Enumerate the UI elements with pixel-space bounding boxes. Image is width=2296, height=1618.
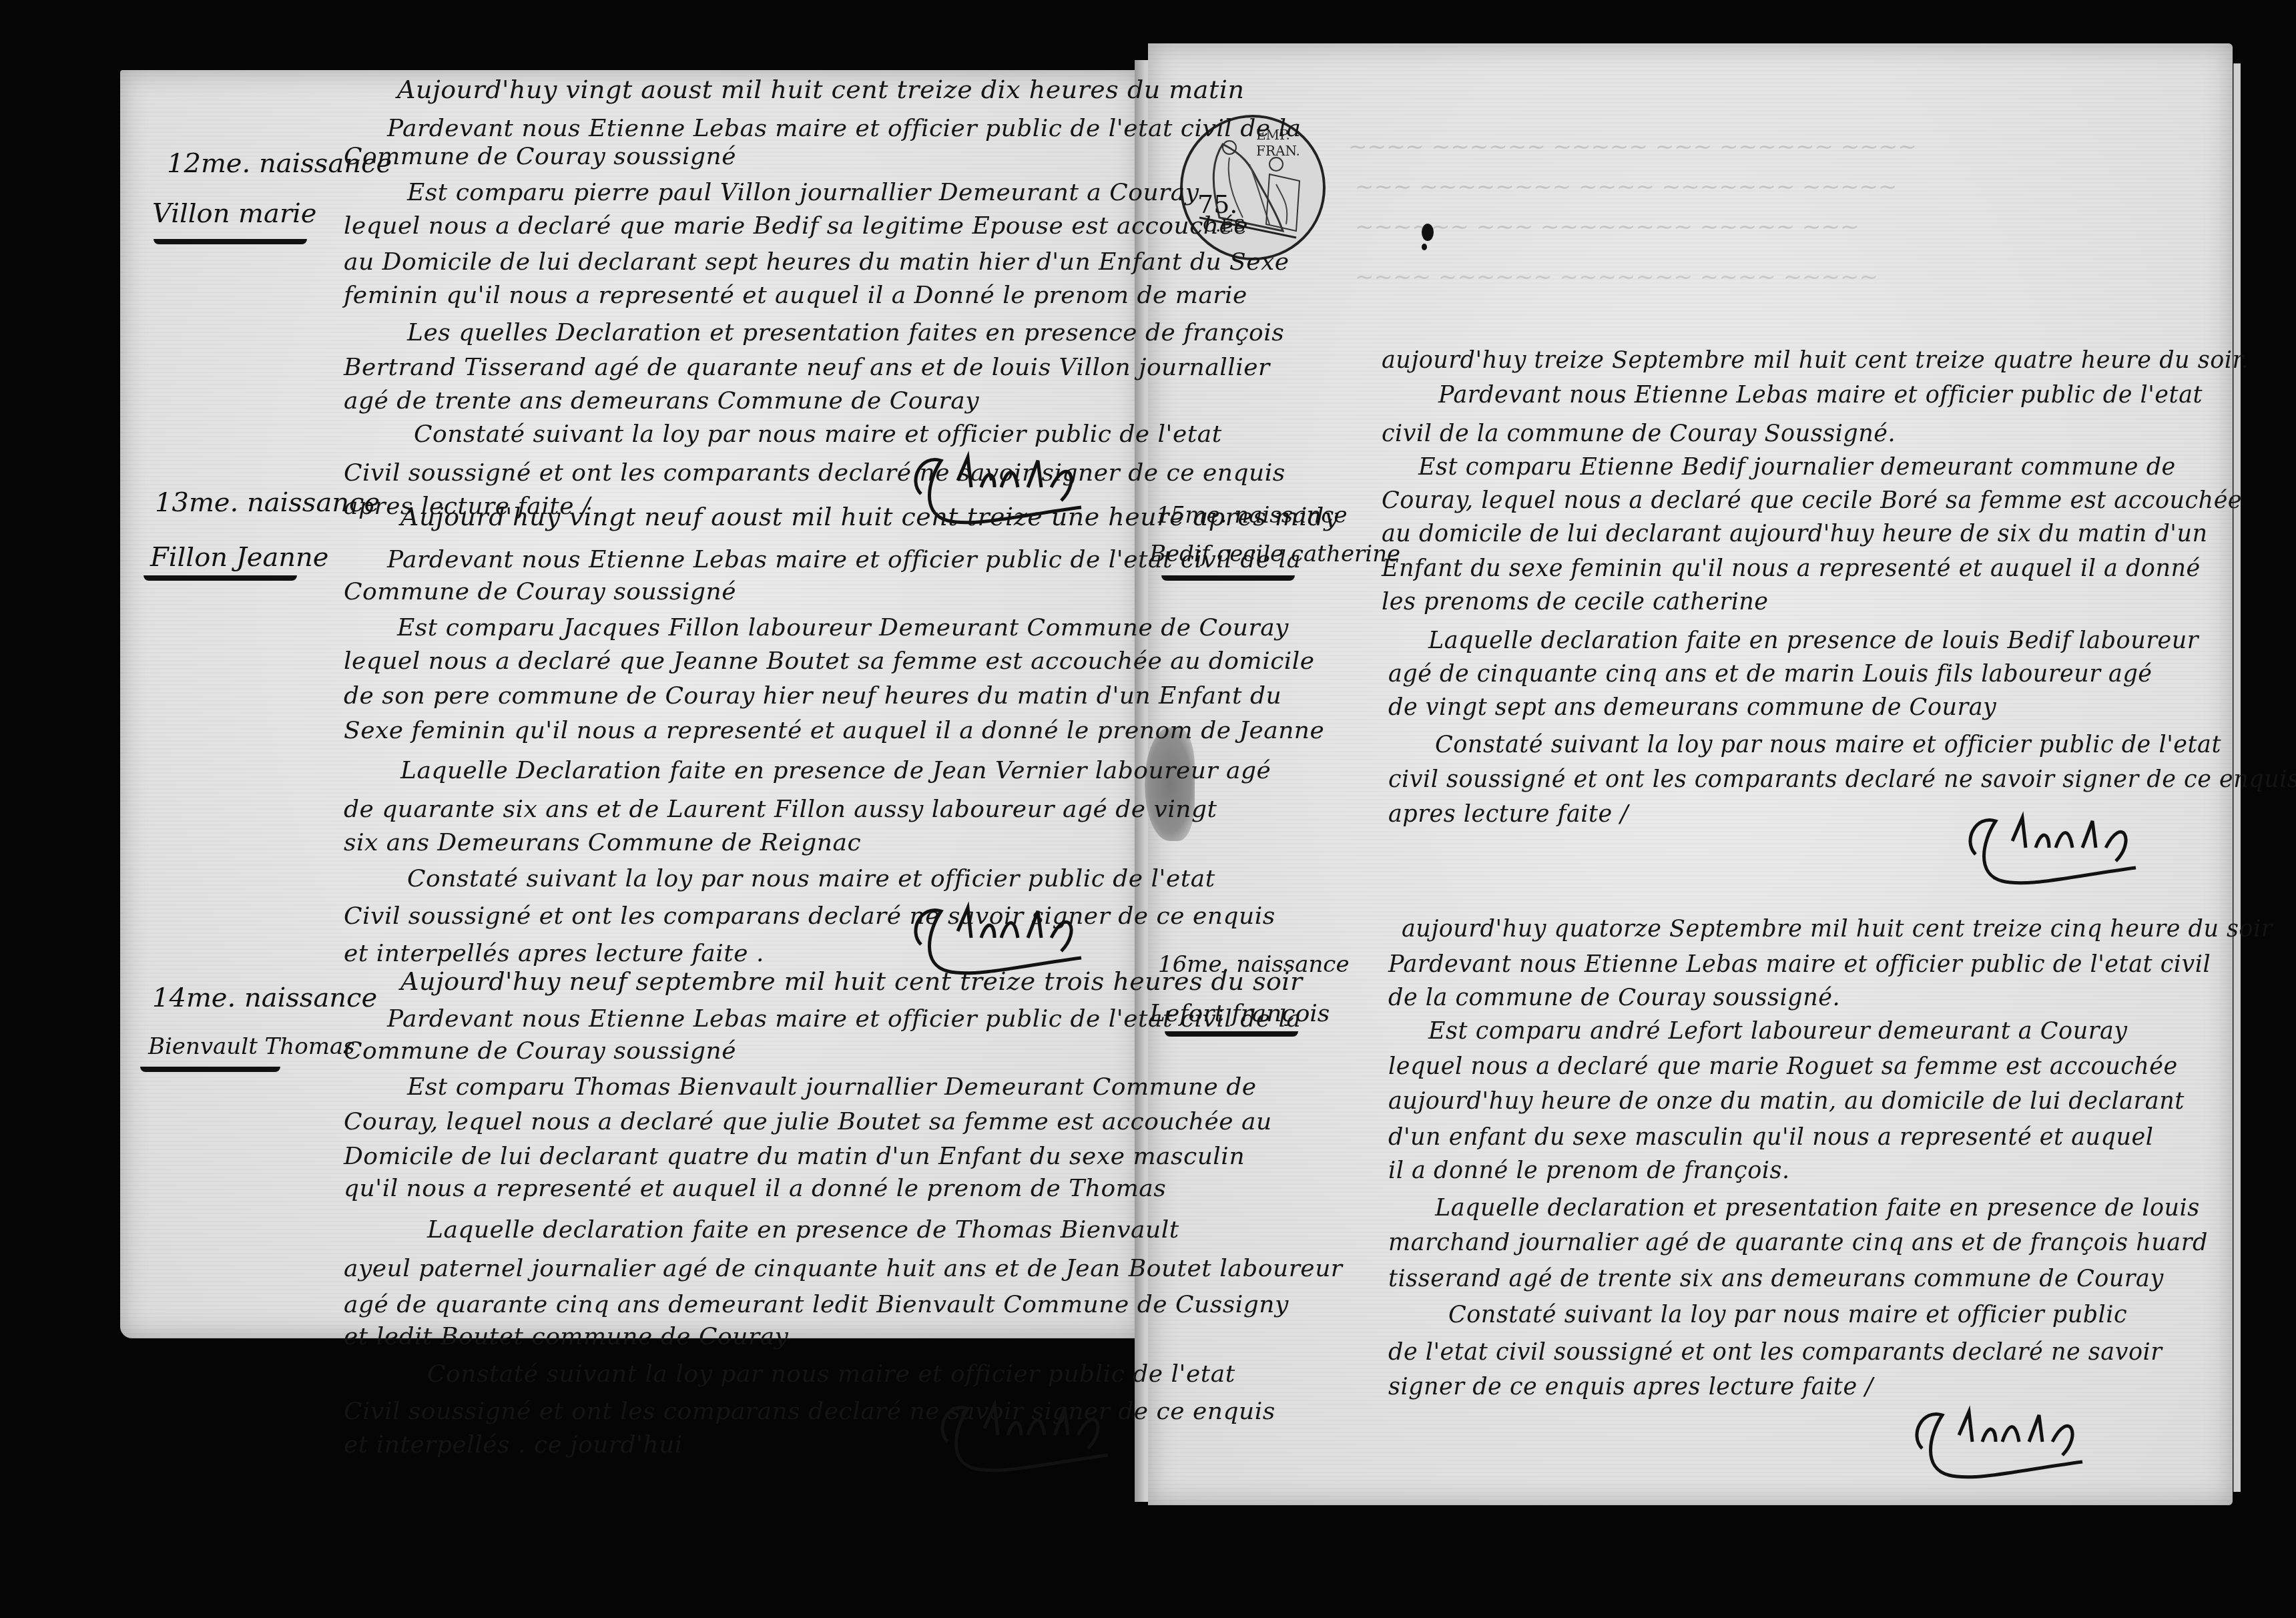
margin-brace xyxy=(143,575,297,581)
entry-number-label: 15me. naissance xyxy=(1156,502,1348,529)
entry-line: Constaté suivant la loy par nous maire e… xyxy=(1448,1302,2127,1328)
entry-line: Sexe feminin qu'il nous a representé et … xyxy=(344,717,1324,744)
entry-line: lequel nous a declaré que marie Bedif sa… xyxy=(344,212,1248,240)
entry-line: agé de cinquante cinq ans et de marin Lo… xyxy=(1388,661,2152,688)
entry-line: Bertrand Tisserand agé de quarante neuf … xyxy=(344,354,1270,381)
bleed-through-text: ~~~~ ~~~~~~ ~~~~~~~ ~~~~ ~~~~~ xyxy=(1355,264,1878,290)
entry-line: Pardevant nous Etienne Lebas maire et of… xyxy=(387,115,1302,142)
entry-line: Couray, lequel nous a declaré que julie … xyxy=(344,1108,1272,1135)
entry-line: apres lecture faite / xyxy=(1388,801,1629,828)
bleed-through-text: ~~~~ ~~~~~~ ~~~~~ ~~~ ~~~~~~ ~~~~ xyxy=(1348,133,1917,160)
entry-line: de quarante six ans et de Laurent Fillon… xyxy=(344,796,1217,823)
entry-line: Laquelle declaration faite en presence d… xyxy=(427,1216,1179,1244)
entry-line: de son pere commune de Couray hier neuf … xyxy=(344,682,1281,710)
entry-line: Constaté suivant la loy par nous maire e… xyxy=(427,1360,1235,1388)
entry-line: Est comparu andré Lefort laboureur demeu… xyxy=(1428,1018,2128,1045)
entry-line: signer de ce enquis apres lecture faite … xyxy=(1388,1374,1874,1400)
entry-number-label: 13me. naissance xyxy=(155,487,380,518)
margin-brace xyxy=(1165,1031,1298,1037)
margin-brace xyxy=(1161,575,1295,581)
mayor-signature-icon xyxy=(894,441,1121,561)
ink-blot xyxy=(1422,224,1434,241)
entry-line: Civil soussigné et ont les comparants de… xyxy=(344,459,1285,487)
margin-brace xyxy=(140,1067,280,1072)
entry-line: Pardevant nous Etienne Lebas maire et of… xyxy=(1388,951,2211,978)
entry-line: civil soussigné et ont les comparants de… xyxy=(1388,766,2296,793)
entry-line: civil de la commune de Couray Soussigné. xyxy=(1382,421,1896,447)
entry-number-label: 16me. naissance xyxy=(1158,951,1350,978)
entry-line: Enfant du sexe feminin qu'il nous a repr… xyxy=(1382,555,2201,582)
entry-line: Est comparu Etienne Bedif journalier dem… xyxy=(1418,454,2176,481)
entry-line: au domicile de lui declarant aujourd'huy… xyxy=(1382,521,2208,547)
entry-line: et interpellés apres lecture faite . xyxy=(344,940,764,967)
entry-line: de vingt sept ans demeurans commune de C… xyxy=(1388,694,1996,721)
entry-line: Est comparu Thomas Bienvault journallier… xyxy=(407,1073,1257,1101)
entry-line: six ans Demeurans Commune de Reignac xyxy=(344,829,861,856)
child-name-label: Lefort françois xyxy=(1149,1000,1330,1027)
entry-line: tisserand agé de trente six ans demeuran… xyxy=(1388,1266,2164,1292)
entry-line: Laquelle declaration et presentation fai… xyxy=(1435,1195,2200,1222)
entry-line: Aujourd'huy vingt aoust mil huit cent tr… xyxy=(397,75,1244,104)
entry-line: Les quelles Declaration et presentation … xyxy=(407,319,1284,346)
ink-smudge xyxy=(1145,728,1195,841)
entry-line: d'un enfant du sexe masculin qu'il nous … xyxy=(1388,1124,2153,1151)
entry-line: Laquelle declaration faite en presence d… xyxy=(1428,627,2199,654)
entry-line: lequel nous a declaré que Jeanne Boutet … xyxy=(344,647,1315,675)
entry-line: il a donné le prenom de françois. xyxy=(1388,1157,1790,1184)
entry-line: Est comparu pierre paul Villon journalli… xyxy=(407,179,1199,206)
entry-line: Commune de Couray soussigné xyxy=(344,1037,736,1065)
entry-line: au Domicile de lui declarant sept heures… xyxy=(344,248,1289,276)
entry-line: Est comparu Jacques Fillon laboureur Dem… xyxy=(397,614,1289,641)
mayor-signature-icon xyxy=(1896,1395,2122,1515)
entry-line: Constaté suivant la loy par nous maire e… xyxy=(407,865,1215,892)
bleed-through-text: ~~~ ~~~~~~~~ ~~~~ ~~~~~~~ ~~~~~ xyxy=(1355,174,1897,200)
entry-line: Laquelle Declaration faite en presence d… xyxy=(400,757,1271,784)
child-name-label: Fillon Jeanne xyxy=(150,542,328,573)
entry-line: Couray, lequel nous a declaré que cecile… xyxy=(1382,487,2242,514)
entry-line: et ledit Boutet commune de Couray xyxy=(344,1323,788,1350)
entry-line: Commune de Couray soussigné xyxy=(344,143,736,170)
entry-line: feminin qu'il nous a representé et auque… xyxy=(344,282,1247,309)
child-name-label: Villon marie xyxy=(152,198,316,229)
entry-line: Constaté suivant la loy par nous maire e… xyxy=(1435,732,2221,758)
entry-line: aujourd'huy heure de onze du matin, au d… xyxy=(1388,1088,2185,1115)
entry-line: et interpellés . ce jourd'hui xyxy=(344,1431,683,1458)
margin-brace xyxy=(154,239,307,244)
mayor-signature-icon xyxy=(1949,801,2176,921)
entry-line: les prenoms de cecile catherine xyxy=(1382,589,1769,615)
entry-line: agé de trente ans demeurans Commune de C… xyxy=(344,387,979,415)
entry-line: aujourd'huy treize Septembre mil huit ce… xyxy=(1382,347,2249,374)
entry-line: ayeul paternel journalier agé de cinquan… xyxy=(344,1255,1343,1282)
entry-line: Commune de Couray soussigné xyxy=(344,578,736,605)
entry-line: aujourd'huy quatorze Septembre mil huit … xyxy=(1402,916,2273,942)
ink-blot xyxy=(1422,244,1427,250)
entry-line: de l'etat civil soussigné et ont les com… xyxy=(1388,1339,2162,1366)
entry-line: marchand journalier agé de quarante cinq… xyxy=(1388,1230,2208,1256)
entry-line: qu'il nous a representé et auquel il a d… xyxy=(344,1175,1166,1202)
entry-line: de la commune de Couray soussigné. xyxy=(1388,985,1840,1011)
mayor-signature-icon xyxy=(921,1388,1148,1509)
entry-line: agé de quarante cinq ans demeurant ledit… xyxy=(344,1291,1289,1318)
entry-line: Pardevant nous Etienne Lebas maire et of… xyxy=(1438,382,2203,409)
entry-line: lequel nous a declaré que marie Roguet s… xyxy=(1388,1053,2178,1080)
entry-line: Civil soussigné et ont les comparans dec… xyxy=(344,902,1275,930)
entry-line: Domicile de lui declarant quatre du mati… xyxy=(344,1143,1245,1170)
child-name-label: Bedif cecile catherine xyxy=(1149,541,1400,567)
entry-number-label: 14me. naissance xyxy=(152,983,377,1013)
child-name-label: Bienvault Thomas xyxy=(148,1033,355,1060)
